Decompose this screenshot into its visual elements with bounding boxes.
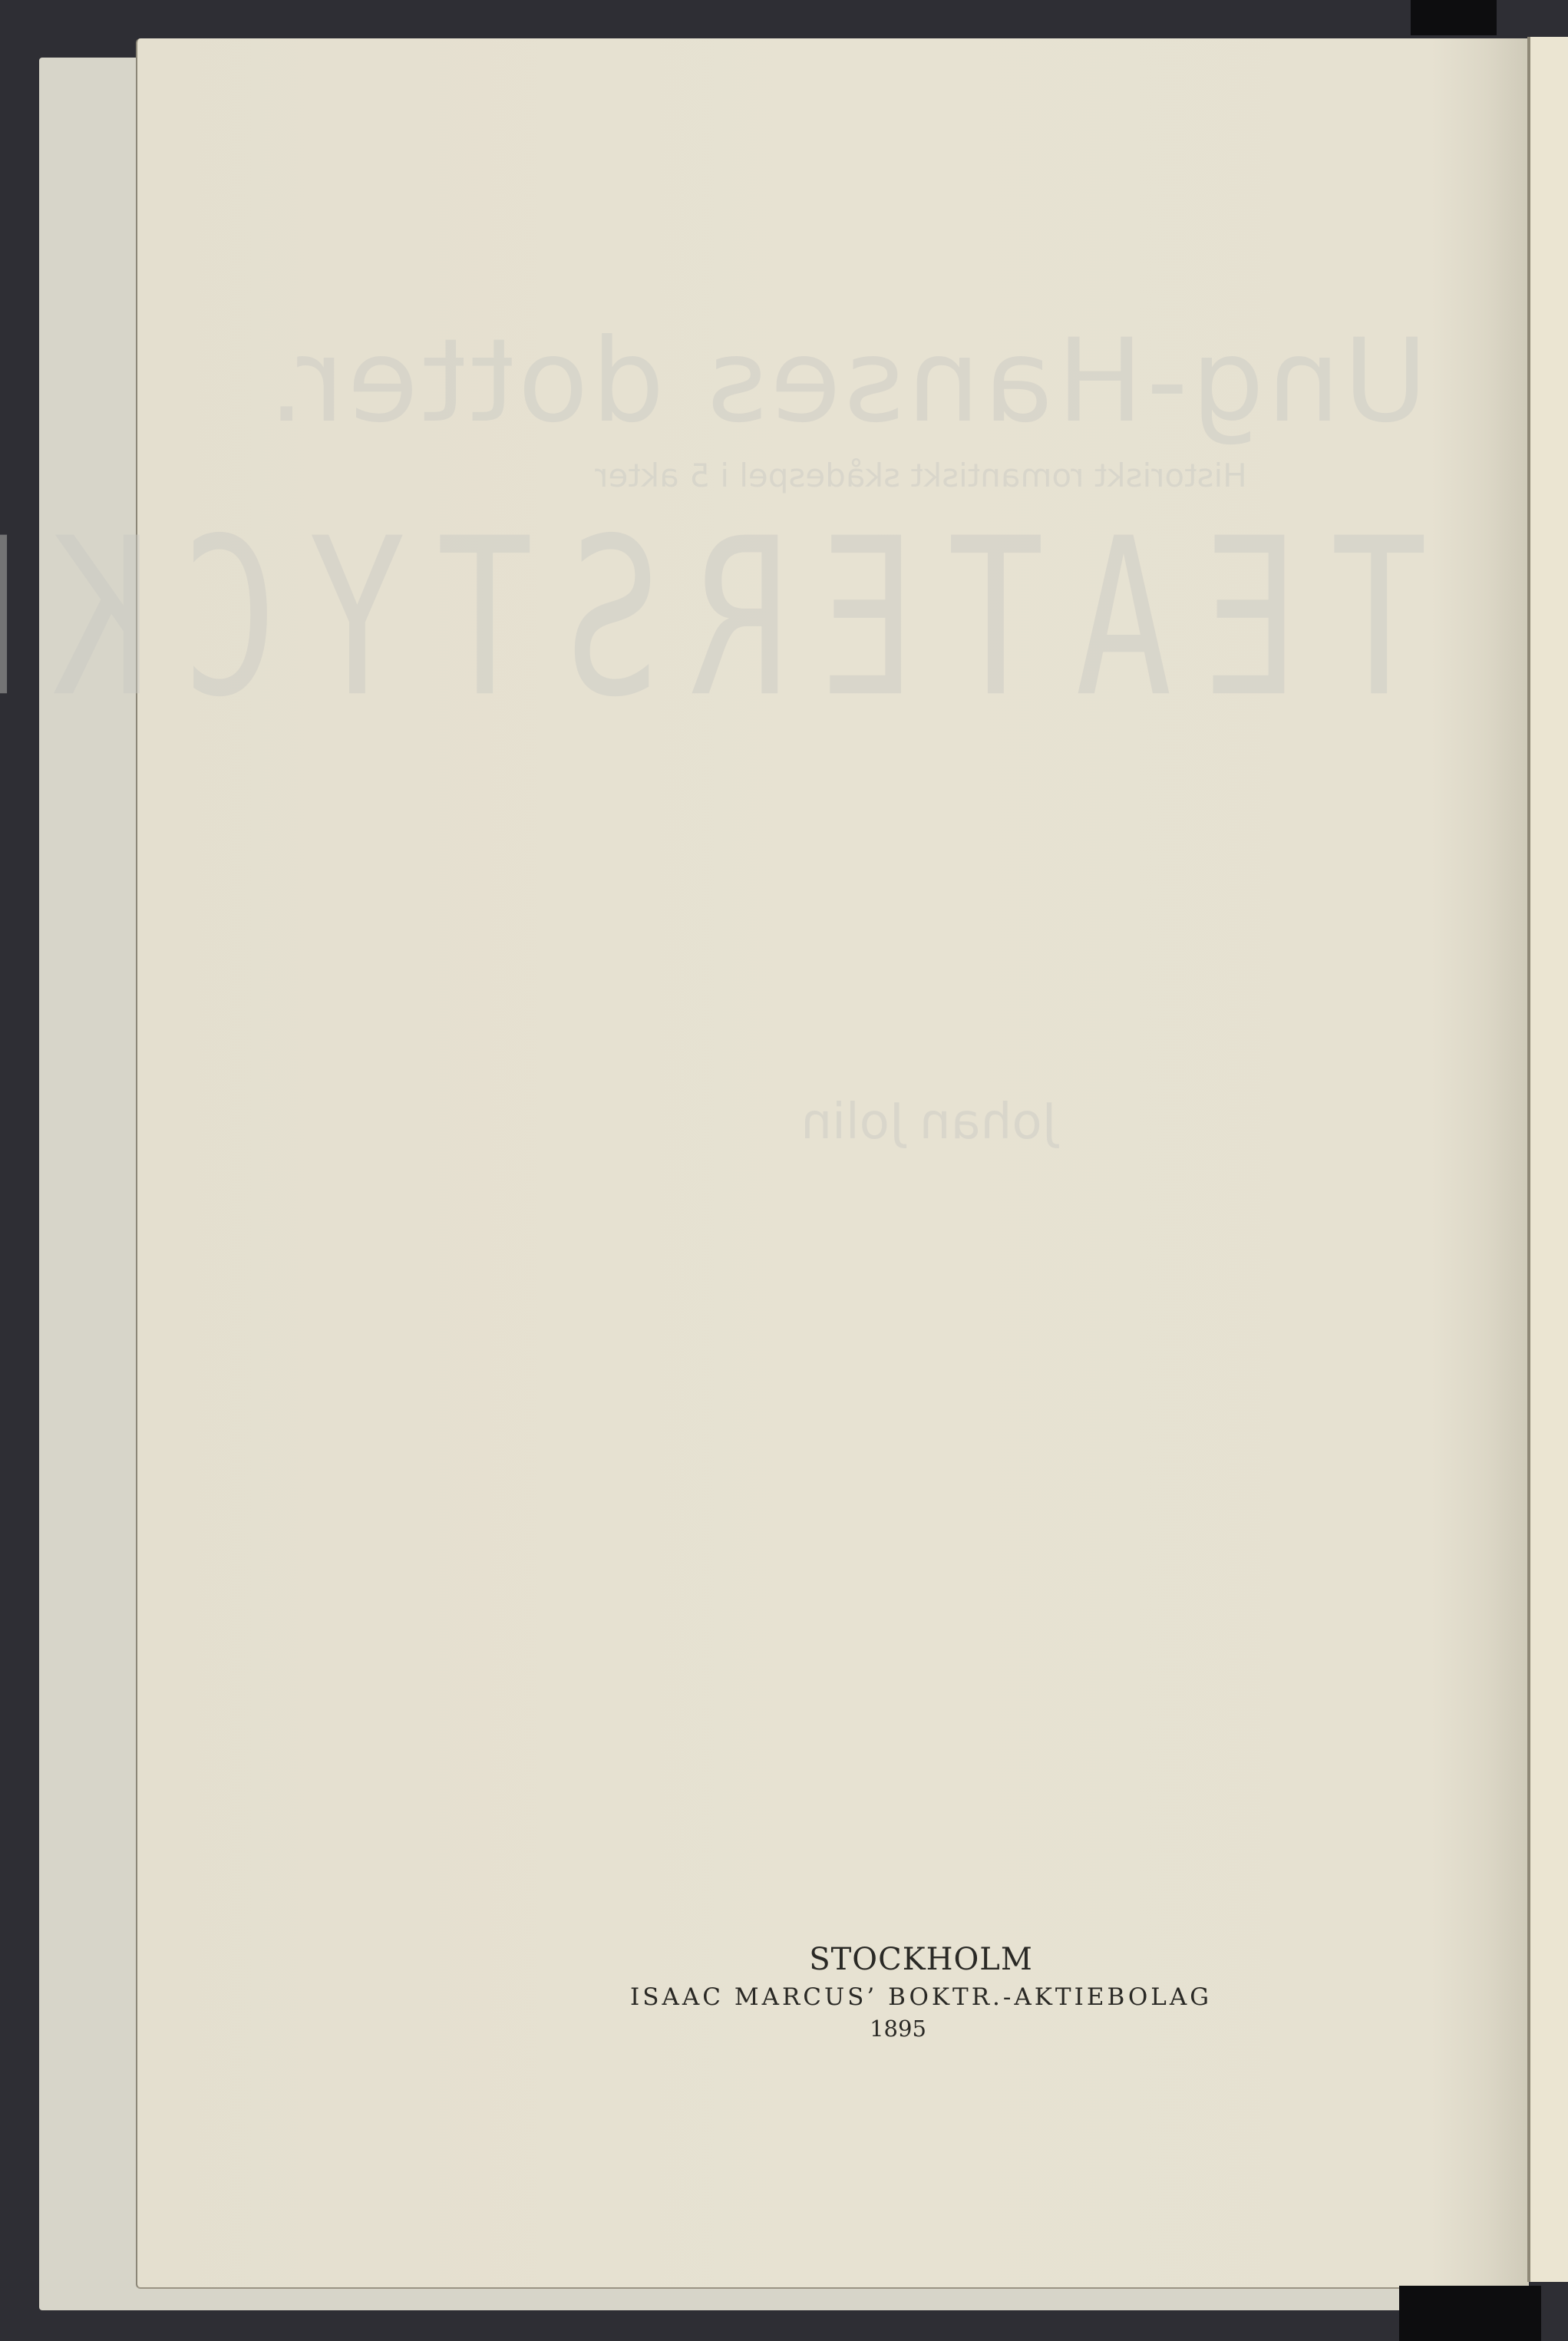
bleed-through-series: TEATERSTYCKEN (414, 491, 1428, 745)
bleed-through-title: Ung-Hanses dotter. (414, 315, 1428, 448)
imprint-year: 1895 (491, 2016, 1305, 2042)
imprint-city: STOCKHOLM (537, 1942, 1305, 1977)
imprint-block: STOCKHOLM ISAAC MARCUS’ BOKTR.-AKTIEBOLA… (537, 1942, 1305, 2042)
imprint-publisher: ISAAC MARCUS’ BOKTR.-AKTIEBOLAG (537, 1983, 1305, 2011)
scan-tab-bottom (1399, 2286, 1541, 2341)
bleed-through-author: Johan Jolin (729, 1094, 1128, 1151)
scan-tab-top (1411, 0, 1497, 35)
bleed-through-subtitle: Historiskt romantiskt skådespel i 5 akte… (537, 457, 1305, 494)
adjacent-page-edge (1527, 37, 1568, 2282)
